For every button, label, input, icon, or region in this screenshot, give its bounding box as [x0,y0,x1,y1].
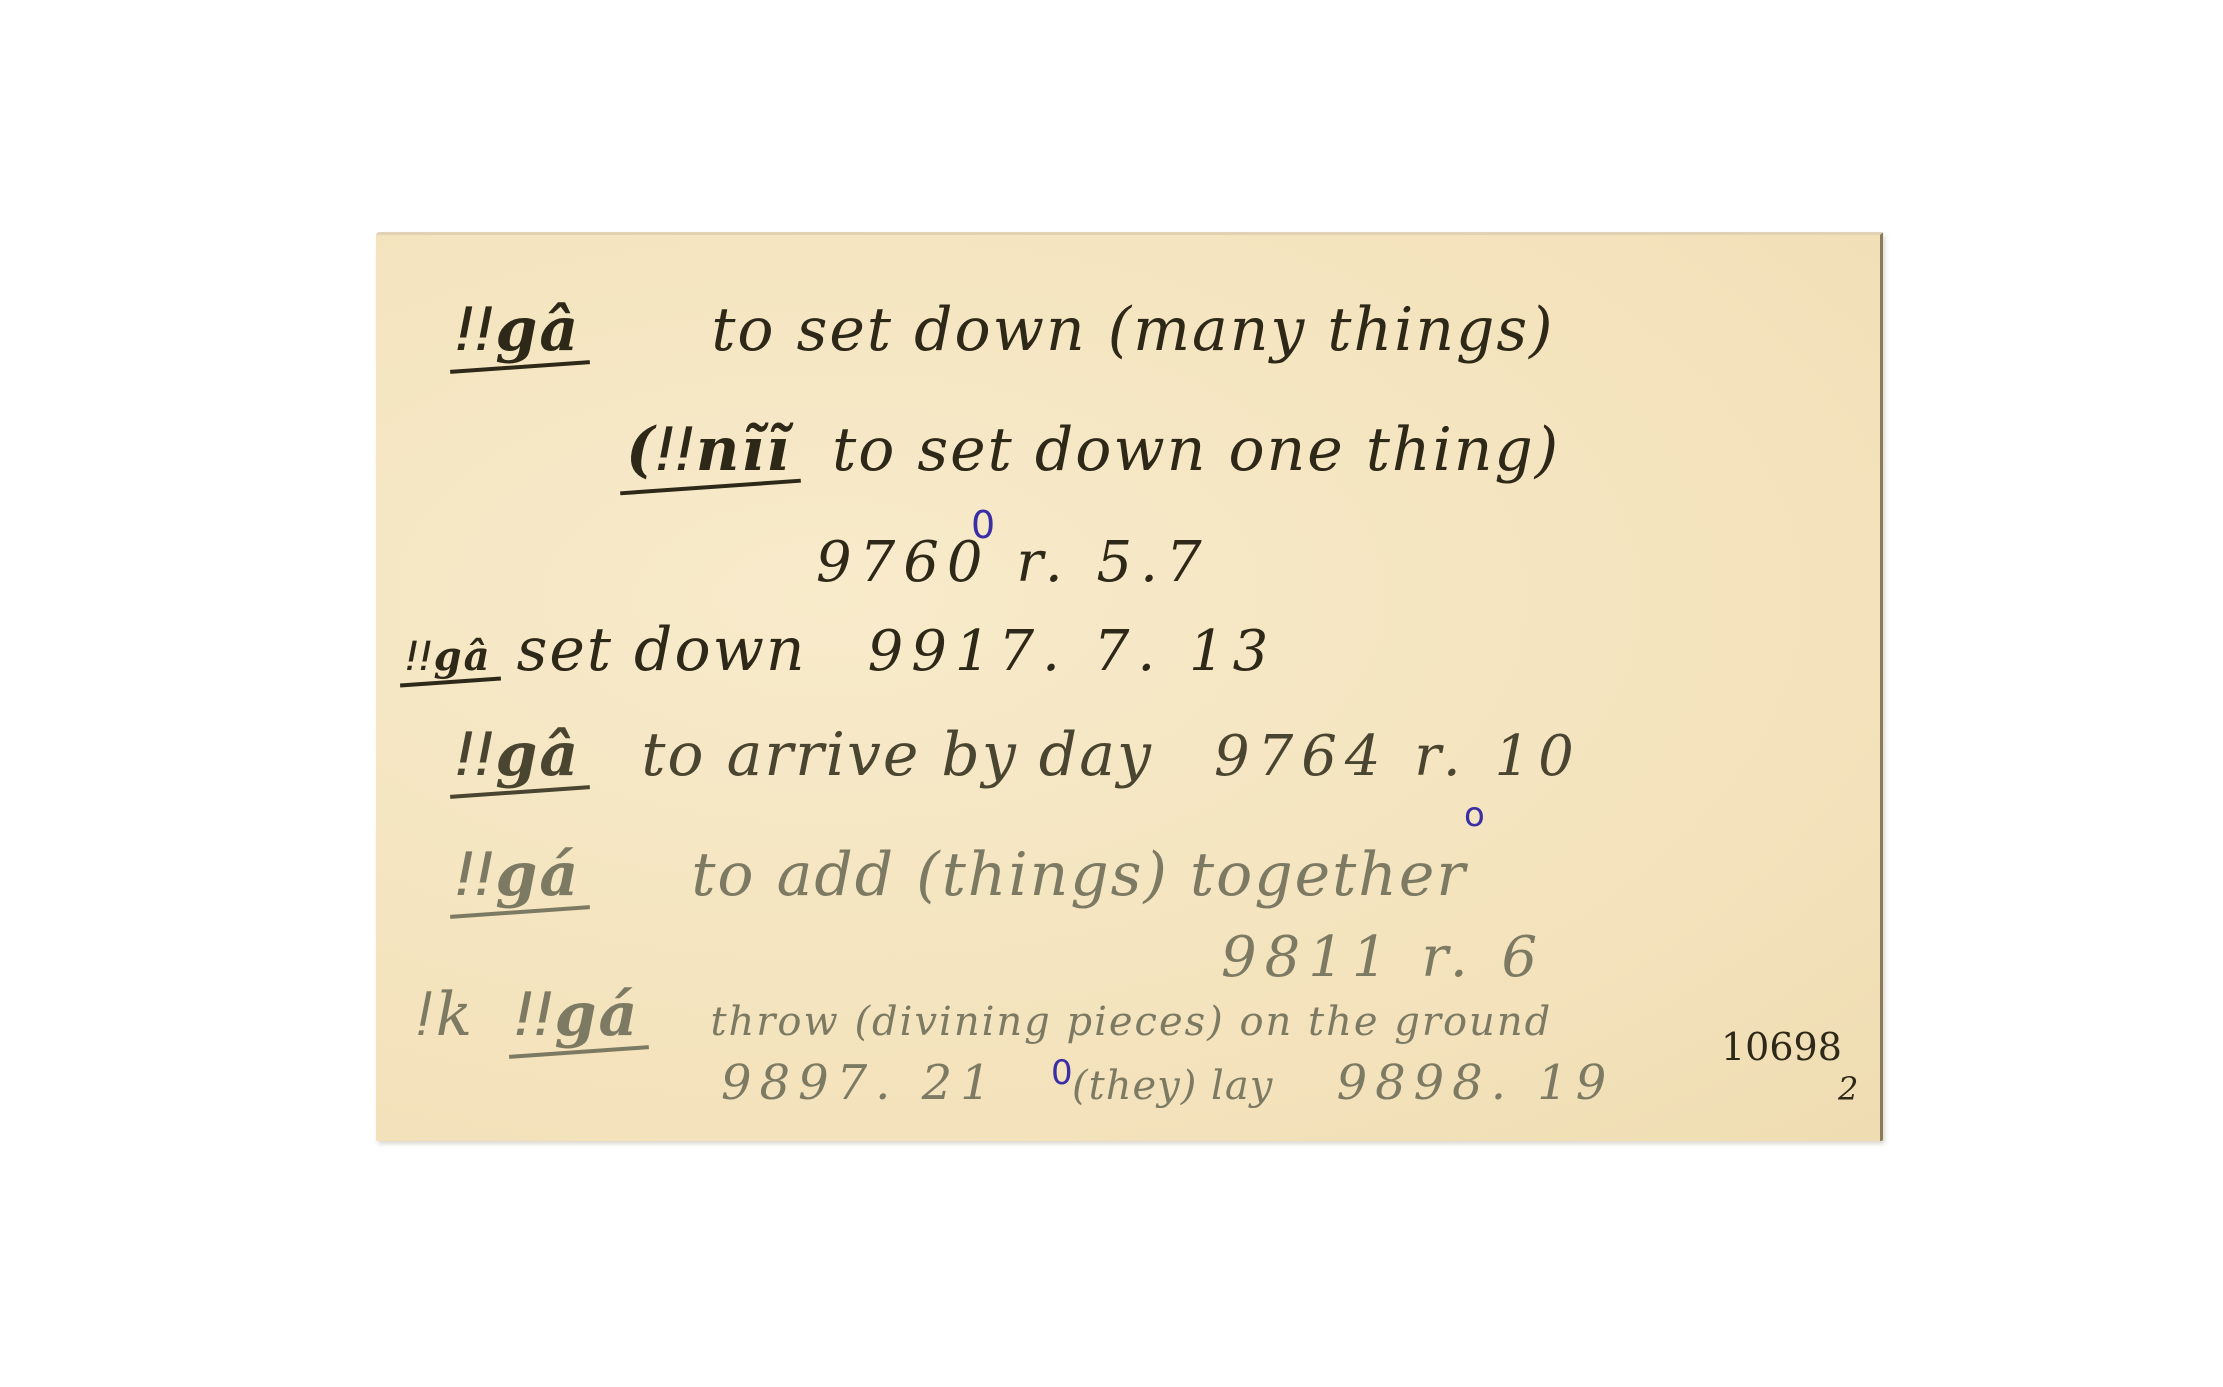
entry-3: ǃǃgâ set down 9917. 7. 13 [406,615,1276,685]
entry-5: ǃǃgá to add (things) together [456,840,1467,910]
dictionary-card: ǃǃgâ to set down (many things) (ǃǃnĩĩ to… [376,232,1883,1141]
reference3: 10698 [1721,1025,1842,1069]
gloss: throw (divining pieces) on the ground [710,999,1552,1045]
headword: ǃǃgá [456,840,580,910]
entry-2: (ǃǃnĩĩ to set down one thing) [626,415,1560,485]
entry-6: ǃk ǃǃgá throw (divining pieces) on the g… [416,980,1552,1050]
reference-line: 9760 r. 5.7 [816,530,1210,595]
reference: 9917. 7. 13 [868,619,1277,684]
prefix: ǃk [416,980,474,1050]
gloss: to add (things) together [691,840,1467,910]
headword: ǃǃgâ [456,295,580,365]
entry-4: ǃǃgâ to arrive by day 9764 r. 10 [456,720,1582,790]
gloss: to set down one thing) [832,415,1560,485]
headword: ǃǃgá [515,980,639,1050]
entry-6-reference3: 10698 [1721,1025,1842,1069]
reference: 9760 r. 5.7 [816,530,1210,595]
gloss: to set down (many things) [711,295,1554,365]
entry-6-references: 9897. 21 (they) lay 9898. 19 [721,1055,1614,1111]
reference: 9764 r. 10 [1214,724,1582,789]
entry-1: ǃǃgâ to set down (many things) [456,295,1555,365]
headword: ǃǃgâ [456,720,580,790]
entry-6-reference3-sub: 2 [1838,1070,1858,1108]
blue-mark-b: 0 [1051,1053,1073,1093]
reference2: 9898. 19 [1337,1055,1615,1111]
headword: (ǃǃnĩĩ [626,415,791,485]
gloss2: (they) lay [1072,1063,1273,1109]
blue-circle-mark: 0 [971,503,995,547]
headword: ǃǃgâ [406,633,491,680]
reference3-sub: 2 [1838,1070,1858,1108]
blue-dot-mark: o [1464,795,1485,835]
gloss: to arrive by day [641,720,1153,790]
reference: 9897. 21 [721,1055,999,1111]
gloss: set down [517,615,807,685]
